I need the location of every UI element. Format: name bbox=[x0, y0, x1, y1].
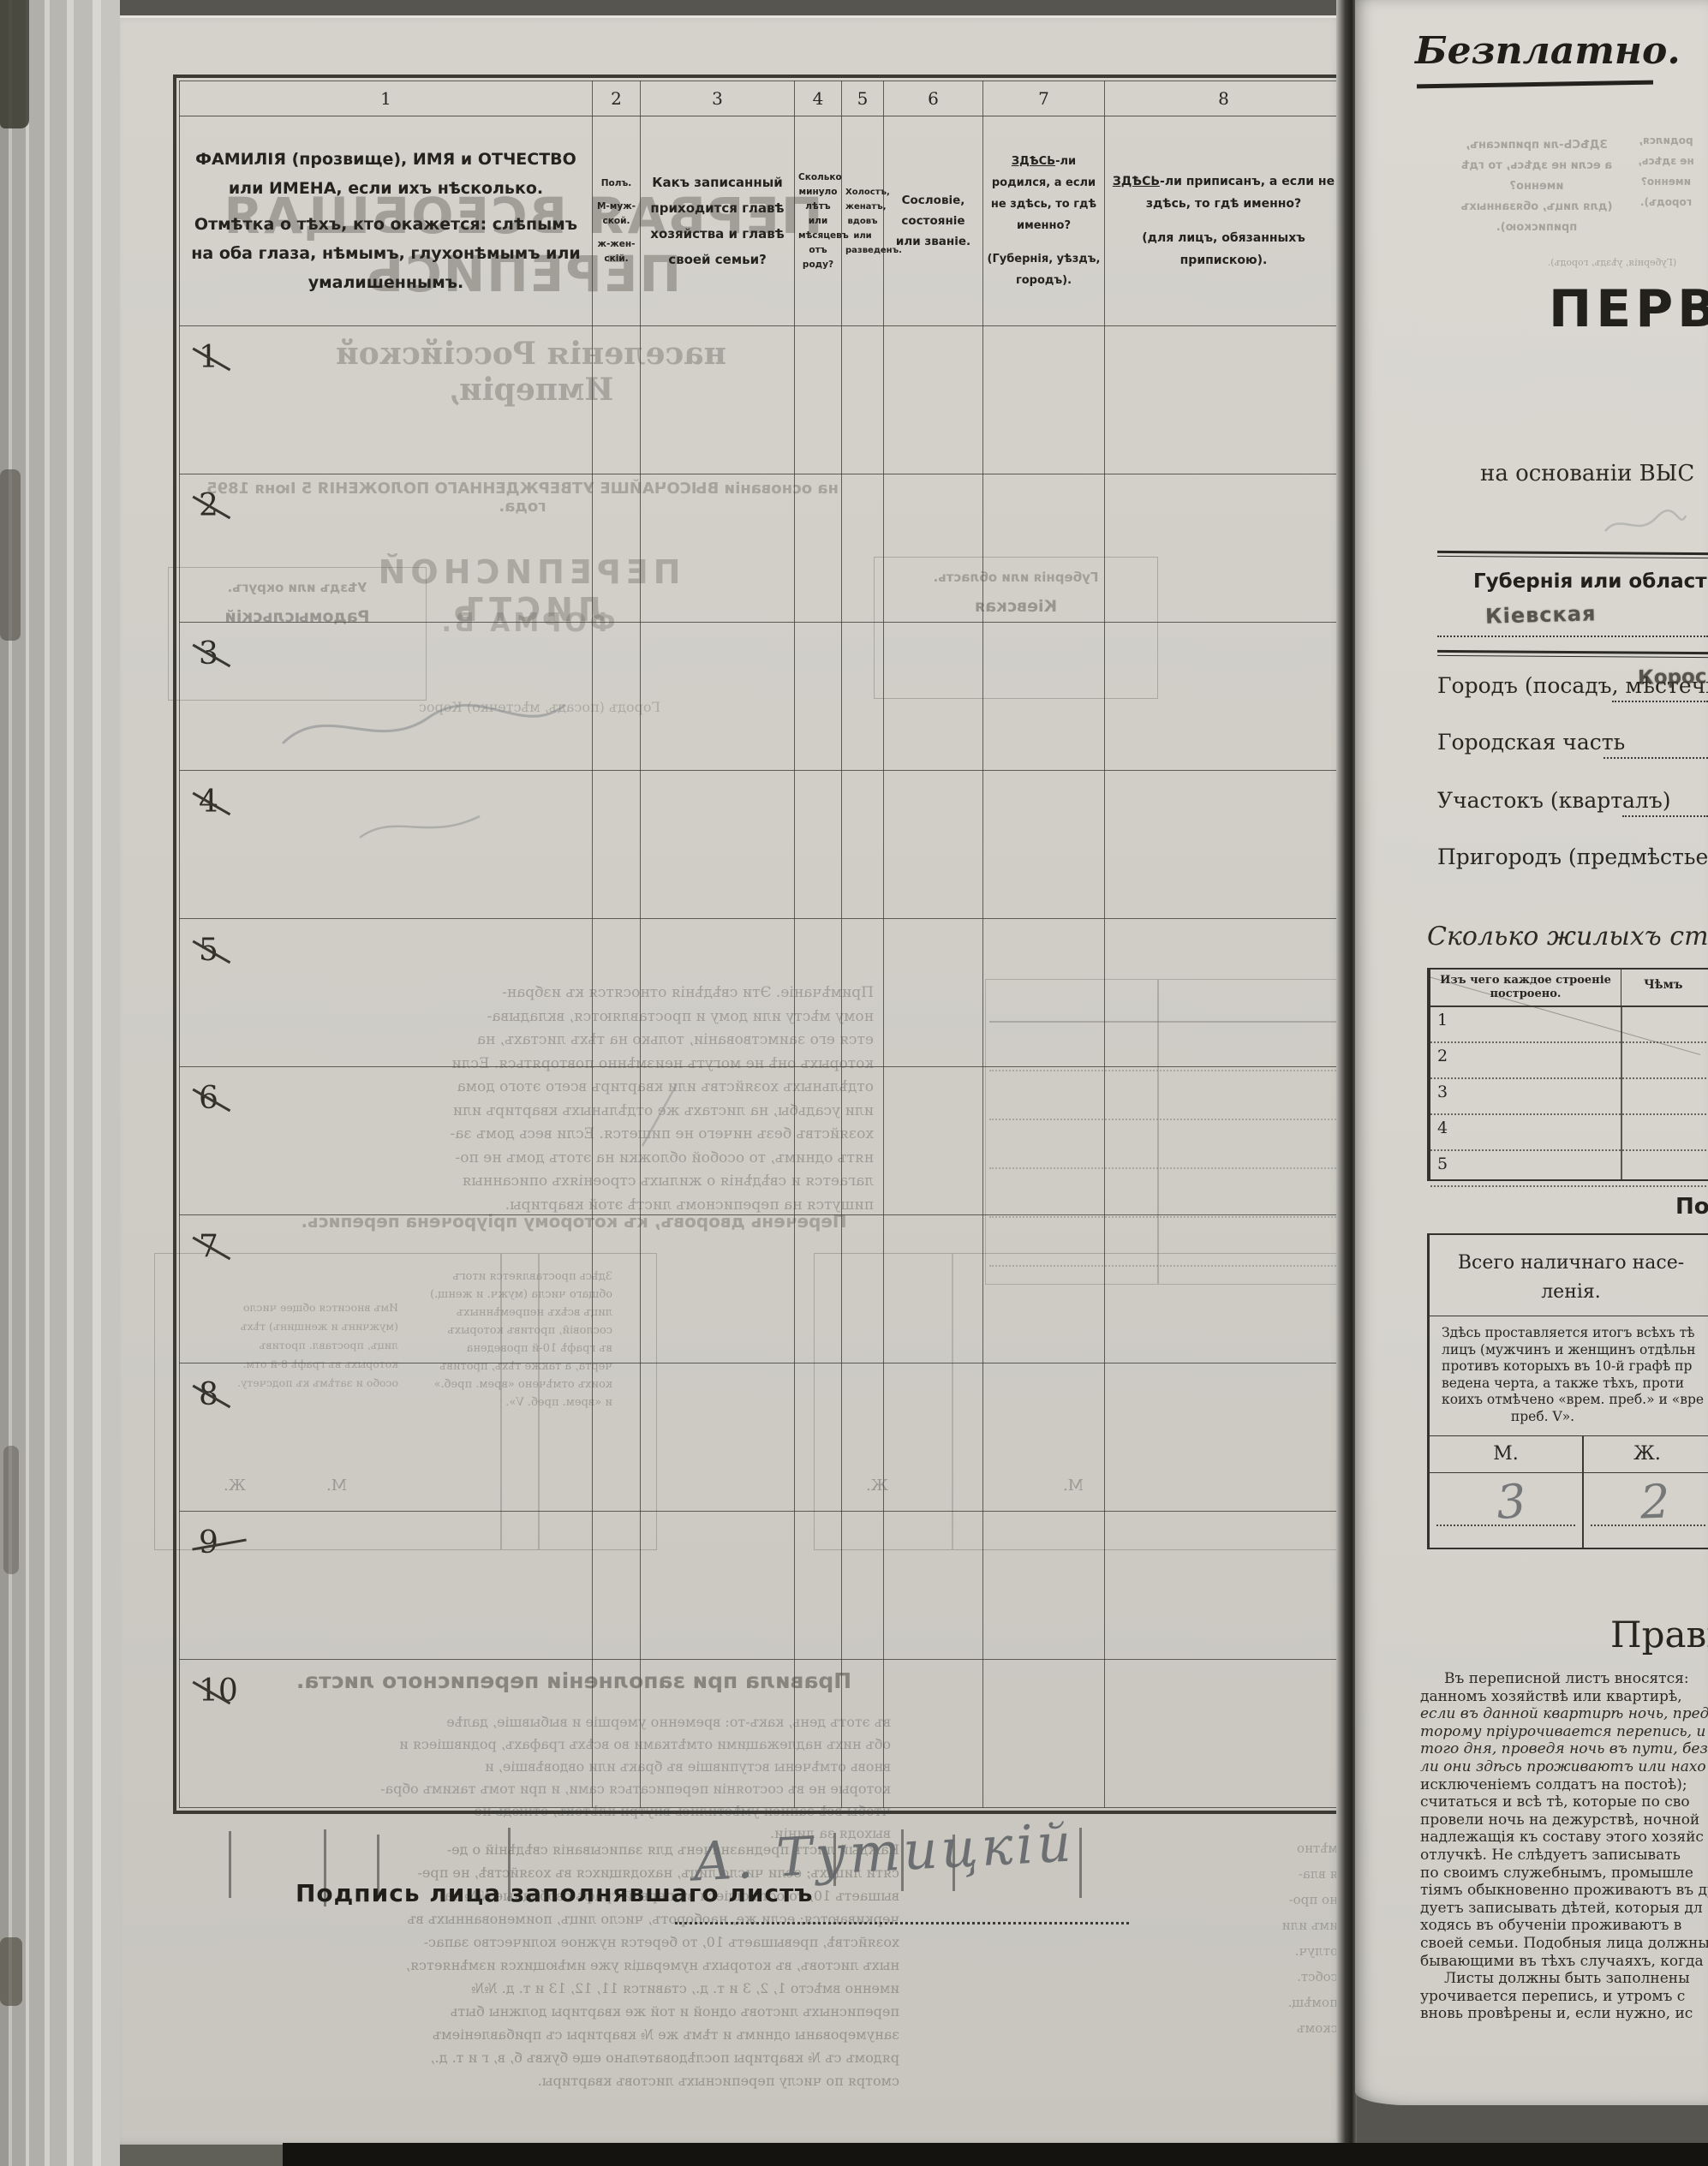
rules-line: тіямъ обыкновенно проживаютъ въ др bbox=[1420, 1882, 1708, 1900]
scan-edge-black bbox=[283, 2143, 1708, 2166]
stack-shadow bbox=[0, 469, 21, 641]
empty-cell bbox=[1105, 623, 1343, 771]
male-column-label: М. bbox=[1430, 1443, 1582, 1465]
row-number-struck: 1 bbox=[199, 340, 218, 375]
empty-cell bbox=[884, 474, 983, 623]
buildings-table-row: 3 bbox=[1430, 1079, 1708, 1115]
dotted-line bbox=[1603, 757, 1708, 759]
table-row: 2 bbox=[180, 474, 1343, 623]
empty-cell bbox=[795, 1067, 842, 1215]
empty-cell bbox=[983, 919, 1105, 1067]
empty-cell bbox=[842, 623, 884, 771]
header-estate: Сословіе, состояніе или званіе. bbox=[884, 116, 983, 326]
bleedthrough-margin-fragments: мѣтноя вла-но про-имъ илиотлуч.собст.пом… bbox=[1209, 1835, 1338, 2041]
table-row: 8 bbox=[180, 1363, 1343, 1512]
stack-shadow bbox=[0, 1937, 22, 2006]
empty-cell bbox=[884, 919, 983, 1067]
empty-cell bbox=[884, 1067, 983, 1215]
gubernia-dotted-line bbox=[1437, 613, 1708, 637]
rules-line: дуетъ записывать дѣтей, которыя дл bbox=[1420, 1900, 1708, 1918]
buildings-table: Изъ чего каждое строеніе построено. Чѣмъ… bbox=[1427, 968, 1708, 1181]
empty-cell bbox=[641, 771, 795, 919]
table-row: 5 bbox=[180, 919, 1343, 1067]
header-birthplace: ЗДѢСЬ-ли родился, а если не здѣсь, то гд… bbox=[983, 116, 1105, 326]
empty-cell bbox=[842, 1215, 884, 1363]
column-number: 3 bbox=[641, 81, 795, 116]
empty-cell bbox=[842, 326, 884, 474]
gubernia-label: Губернія или область: bbox=[1473, 570, 1708, 593]
dotted-line bbox=[1622, 815, 1708, 817]
stack-shadow bbox=[0, 0, 29, 128]
empty-cell bbox=[884, 1660, 983, 1808]
rules-line: данномъ хозяйствѣ или квартирѣ, bbox=[1420, 1688, 1708, 1706]
empty-cell bbox=[641, 1512, 795, 1660]
empty-cell bbox=[842, 1363, 884, 1512]
empty-cell bbox=[884, 1512, 983, 1660]
empty-cell bbox=[1105, 474, 1343, 623]
table-row: 7 bbox=[180, 1215, 1343, 1363]
buildings-row-number: 5 bbox=[1437, 1155, 1448, 1173]
empty-cell bbox=[884, 623, 983, 771]
empty-cell bbox=[983, 326, 1105, 474]
rules-line: считаться и всѣ тѣ, которые по сво bbox=[1420, 1793, 1708, 1811]
rules-line: ходясь въ обученіи проживаютъ в bbox=[1420, 1917, 1708, 1935]
row-number-struck: 3 bbox=[199, 636, 218, 671]
rules-line: провели ночь на дежурствѣ, ночной bbox=[1420, 1811, 1708, 1829]
empty-cell bbox=[884, 1363, 983, 1512]
table-row: 9 bbox=[180, 1512, 1343, 1660]
empty-cell bbox=[641, 919, 795, 1067]
empty-cell bbox=[842, 1067, 884, 1215]
rules-line: вновь провѣрены и, если нужно, ис bbox=[1420, 2005, 1708, 2023]
rules-line: того дня, проведя ночь въ пути, без bbox=[1420, 1740, 1708, 1758]
rules-line: надлежащія къ составу этого хозяйс bbox=[1420, 1829, 1708, 1847]
empty-cell bbox=[593, 771, 641, 919]
census-table-frame: 1 2 3 4 5 6 7 8 ФАМИЛІЯ (прозвище), ИМЯ … bbox=[173, 75, 1349, 1814]
column-number: 7 bbox=[983, 81, 1105, 116]
row-number-struck: 8 bbox=[199, 1377, 218, 1412]
table-row: 4 bbox=[180, 771, 1343, 919]
empty-cell bbox=[983, 1512, 1105, 1660]
empty-cell bbox=[983, 1363, 1105, 1512]
empty-cell bbox=[842, 771, 884, 919]
rules-line: бывающими въ тѣхъ случаяхъ, когда bbox=[1420, 1953, 1708, 1971]
bleedthrough-line bbox=[229, 1831, 231, 1898]
rules-line: ли они здѣсь проживаютъ или нахо bbox=[1420, 1758, 1708, 1776]
rules-line: по своимъ служебнымъ, промышле bbox=[1420, 1865, 1708, 1883]
empty-cell bbox=[641, 1067, 795, 1215]
empty-cell bbox=[842, 919, 884, 1067]
population-mzh-header: М. Ж. bbox=[1430, 1435, 1708, 1473]
empty-cell bbox=[593, 1215, 641, 1363]
column-number-row: 1 2 3 4 5 6 7 8 bbox=[180, 81, 1343, 116]
empty-cell bbox=[884, 771, 983, 919]
right-page-cover: Безплатно. ЗДѢСЬ-ли приписанъ,а если не … bbox=[1355, 0, 1708, 2105]
header-sex: Полъ. М-муж-ской. ж-жен-скій. bbox=[593, 116, 641, 326]
column-number: 2 bbox=[593, 81, 641, 116]
free-of-charge-label: Безплатно. bbox=[1415, 29, 1655, 73]
header-registration: ЗДѢСЬ-ли приписанъ, а если не здѣсь, то … bbox=[1105, 116, 1343, 326]
bleedthrough-header-col7: родился,не здѣсь,именно?городъ). bbox=[1626, 130, 1706, 212]
empty-cell bbox=[1105, 1215, 1343, 1363]
empty-cell bbox=[641, 1215, 795, 1363]
female-column-label: Ж. bbox=[1582, 1443, 1708, 1465]
table-row: 6 bbox=[180, 1067, 1343, 1215]
prigorod-label: Пригородъ (предмѣстье, пригород bbox=[1437, 844, 1708, 869]
dotted-line bbox=[1612, 701, 1708, 702]
male-total-handwritten: 3 bbox=[1495, 1474, 1528, 1530]
rules-line: своей семьи. Подобныя лица должны bbox=[1420, 1935, 1708, 1953]
row-number-struck: 5 bbox=[199, 933, 218, 968]
signature-dotted-line bbox=[675, 1896, 1129, 1924]
empty-cell bbox=[593, 1512, 641, 1660]
bleedthrough-header-col8: ЗДѢСЬ-ли приписанъ,а если не здѣсь, то г… bbox=[1451, 135, 1622, 238]
buildings-row-number: 2 bbox=[1437, 1047, 1448, 1065]
column-number: 4 bbox=[795, 81, 842, 116]
empty-cell bbox=[795, 326, 842, 474]
buildings-row-number: 4 bbox=[1437, 1119, 1448, 1137]
empty-cell bbox=[983, 623, 1105, 771]
empty-cell bbox=[593, 1363, 641, 1512]
empty-cell bbox=[795, 1512, 842, 1660]
header-name-line1: ФАМИЛІЯ (прозвище), ИМЯ и ОТЧЕСТВО или И… bbox=[183, 145, 588, 203]
empty-cell bbox=[641, 1660, 795, 1808]
left-page: ПЕРВАЯ ВСЕОБЩАЯ ПЕРЕПИСЬ населенія Россі… bbox=[120, 15, 1343, 2145]
empty-cell bbox=[983, 1067, 1105, 1215]
header-name: ФАМИЛІЯ (прозвище), ИМЯ и ОТЧЕСТВО или И… bbox=[180, 116, 593, 326]
buildings-row-number: 3 bbox=[1437, 1083, 1448, 1101]
empty-cell bbox=[1105, 771, 1343, 919]
empty-cell bbox=[1105, 1067, 1343, 1215]
row-number-struck: 9 bbox=[199, 1525, 218, 1560]
buildings-table-row: 1 bbox=[1430, 1007, 1708, 1043]
rules-line: отлучкѣ. Не слѣдуетъ записывать bbox=[1420, 1847, 1708, 1865]
page-gap bbox=[1336, 0, 1357, 2166]
empty-cell bbox=[1105, 1363, 1343, 1512]
empty-cell bbox=[593, 623, 641, 771]
buildings-table-header: Изъ чего каждое строеніе построено. Чѣмъ bbox=[1430, 970, 1708, 1007]
double-rule bbox=[1437, 650, 1708, 658]
empty-cell bbox=[983, 1660, 1105, 1808]
row-number-struck: 4 bbox=[199, 785, 218, 820]
row-number-struck: 7 bbox=[199, 1229, 218, 1264]
empty-cell bbox=[593, 326, 641, 474]
buildings-col1-header: Изъ чего каждое строеніе построено. bbox=[1430, 970, 1621, 1005]
empty-cell bbox=[1105, 1660, 1343, 1808]
empty-cell bbox=[795, 1660, 842, 1808]
table-row: 1 bbox=[180, 326, 1343, 474]
header-marital: Холостъ, женатъ, вдовъ или разведенъ. bbox=[842, 116, 884, 326]
buildings-table-row: 5 bbox=[1430, 1151, 1708, 1187]
subtotal-heading-fragment: Под bbox=[1675, 1194, 1708, 1220]
table-row: 10 bbox=[180, 1660, 1343, 1808]
empty-cell bbox=[641, 326, 795, 474]
row-number-struck: 2 bbox=[199, 488, 218, 523]
underline-rule bbox=[1417, 81, 1653, 89]
scanned-census-sheet: ПЕРВАЯ ВСЕОБЩАЯ ПЕРЕПИСЬ населенія Россі… bbox=[0, 0, 1708, 2166]
rules-line: Въ переписной листъ вносятся: bbox=[1420, 1670, 1708, 1688]
rules-line: урочивается перепись, и утромъ с bbox=[1420, 1988, 1708, 2006]
empty-cell bbox=[641, 474, 795, 623]
column-number: 6 bbox=[884, 81, 983, 116]
row-number-struck: 6 bbox=[199, 1081, 218, 1116]
empty-cell bbox=[795, 623, 842, 771]
buildings-row-number: 1 bbox=[1437, 1011, 1448, 1029]
empty-cell bbox=[593, 1660, 641, 1808]
empty-cell bbox=[795, 1363, 842, 1512]
rules-line: торому пріурочивается перепись, и bbox=[1420, 1723, 1708, 1741]
header-relation: Какъ записанный приходится главѣ хозяйст… bbox=[641, 116, 795, 326]
column-number: 8 bbox=[1105, 81, 1343, 116]
row-number-struck: 10 bbox=[199, 1674, 238, 1709]
column-header-row: ФАМИЛІЯ (прозвище), ИМЯ и ОТЧЕСТВО или И… bbox=[180, 116, 1343, 326]
empty-cell bbox=[842, 1512, 884, 1660]
city-part-label: Городская часть bbox=[1437, 730, 1625, 755]
empty-cell bbox=[593, 1067, 641, 1215]
buildings-table-row: 4 bbox=[1430, 1115, 1708, 1151]
female-total-handwritten: 2 bbox=[1639, 1474, 1671, 1529]
rules-heading-fragment: Прави bbox=[1610, 1614, 1708, 1656]
population-column-divider bbox=[1582, 1435, 1584, 1548]
census-title-fragment: ПЕРВА bbox=[1549, 279, 1708, 339]
rules-line: если въ данной квартирѣ ночь, пред bbox=[1420, 1705, 1708, 1723]
empty-cell bbox=[842, 1660, 884, 1808]
page-stack-edges bbox=[0, 0, 120, 2166]
empty-cell bbox=[593, 474, 641, 623]
scan-edge bbox=[120, 2145, 291, 2166]
empty-cell bbox=[842, 474, 884, 623]
double-rule bbox=[1437, 551, 1708, 558]
header-age: Сколько минуло лѣтъ или мѣсяцевъ отъ род… bbox=[795, 116, 842, 326]
basis-line-fragment: на основаніи ВЫС bbox=[1480, 461, 1694, 486]
empty-cell bbox=[983, 474, 1105, 623]
empty-cell bbox=[641, 623, 795, 771]
census-table: 1 2 3 4 5 6 7 8 ФАМИЛІЯ (прозвище), ИМЯ … bbox=[179, 81, 1343, 1808]
empty-cell bbox=[795, 919, 842, 1067]
dotted-line bbox=[1591, 1525, 1705, 1526]
population-note: Здѣсь проставляется итогъ всѣхъ тѣлицъ (… bbox=[1430, 1316, 1708, 1425]
uchastok-label: Участокъ (кварталъ) bbox=[1437, 788, 1671, 813]
empty-cell bbox=[795, 771, 842, 919]
stack-shadow bbox=[3, 1446, 19, 1574]
empty-cell bbox=[1105, 326, 1343, 474]
empty-cell bbox=[884, 326, 983, 474]
buildings-col2-header: Чѣмъ bbox=[1621, 970, 1708, 1005]
population-title: Всего наличнаго насе- ленія. bbox=[1430, 1235, 1708, 1307]
empty-cell bbox=[795, 1215, 842, 1363]
buildings-heading: Сколько жилыхъ строеній bbox=[1427, 922, 1708, 952]
bleedthrough-paren-line: (Губернія, уѣздъ, городъ). bbox=[1526, 257, 1698, 268]
header-name-line2: Отмѣтка о тѣхъ, кто окажется: слѣпымъ на… bbox=[183, 210, 588, 297]
rules-line: исключеніемъ солдатъ на постоѣ); bbox=[1420, 1776, 1708, 1794]
rules-paragraph: Въ переписной листъ вносятся:данномъ хоз… bbox=[1420, 1670, 1708, 2023]
column-number: 1 bbox=[180, 81, 593, 116]
dotted-line bbox=[1436, 1525, 1575, 1526]
bleedthrough-line bbox=[1079, 1828, 1082, 1898]
empty-cell bbox=[983, 1215, 1105, 1363]
empty-cell bbox=[795, 474, 842, 623]
table-row: 3 bbox=[180, 623, 1343, 771]
empty-cell bbox=[983, 771, 1105, 919]
empty-cell bbox=[884, 1215, 983, 1363]
empty-cell bbox=[593, 919, 641, 1067]
rules-line: Листы должны быть заполнены bbox=[1420, 1970, 1708, 1988]
population-total-box: Всего наличнаго насе- ленія. Здѣсь прост… bbox=[1427, 1233, 1708, 1549]
column-number: 5 bbox=[842, 81, 884, 116]
buildings-table-row: 2 bbox=[1430, 1043, 1708, 1079]
empty-cell bbox=[1105, 1512, 1343, 1660]
empty-cell bbox=[1105, 919, 1343, 1067]
city-stamp: Корос bbox=[1638, 665, 1707, 689]
empty-cell bbox=[641, 1363, 795, 1512]
